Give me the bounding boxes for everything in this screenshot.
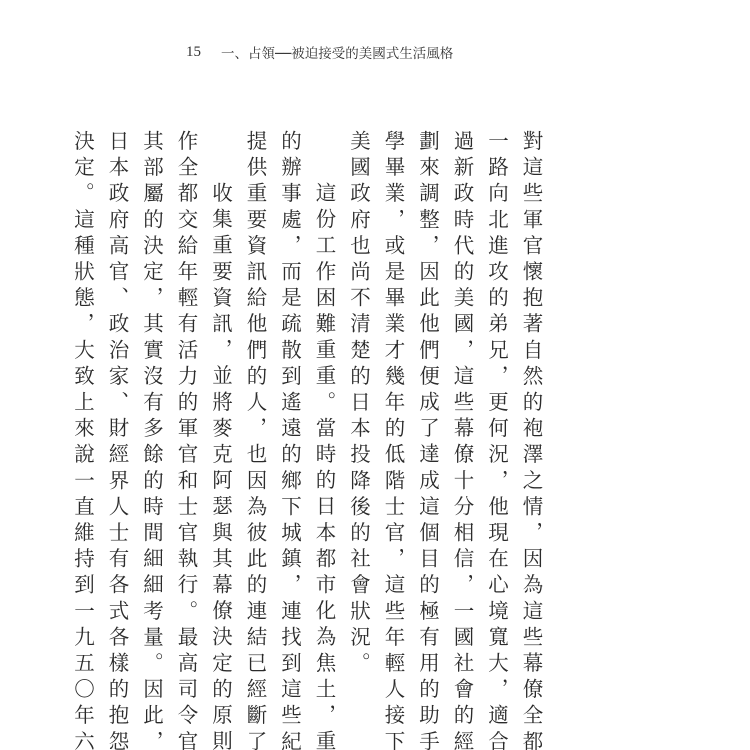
running-header: 15 一、占領──被迫接受的美國式生活風格 (186, 42, 453, 62)
text-column-7-paragraph-start: 這份工作困難重重。當時的日本都市化為焦土，重要的紀錄並未放在它們原本所在 (307, 130, 342, 690)
text-column-9: 提供重要資訊給他們的人，也因為彼此的連結已經斷了，因此更加困難。 (238, 130, 273, 690)
text-column-6: 美國政府也尚不清楚的日本投降後的社會狀況。 (341, 130, 376, 690)
text-column-11: 作全都交給年輕有活力的軍官和士官執行。最高司令官與擔任幕僚的高級將官們，對於 (169, 130, 204, 690)
text-column-5: 學畢業，或是畢業才幾年的低階士官，這些年輕人接下了大量而繁瑣的調查工作，調查 (376, 130, 411, 690)
text-column-1: 對這些軍官懷抱著自然的袍澤之情，因為這些幕僚全都是追隨他的指揮，自菲律賓群島 (514, 130, 549, 690)
text-column-12: 其部屬的決定，其實沒有多餘的時間細細考量。因此，儘管投降之前，曾經氣焰囂張的 (134, 130, 169, 690)
text-column-8: 的辦事處，而是疏散到遙遠的鄉下城鎮，連找到這些紀錄都並非易事，而要找出有能力 (272, 130, 307, 690)
text-column-2: 一路向北進攻的弟兄，更何況，他現在心境寬大，適合規劃新的設計圖來改造日本。經 (479, 130, 514, 690)
page-number: 15 (186, 44, 201, 61)
text-column-14: 決定。這種狀態，大致上來說一直維持到一九五〇年六月韓戰爆發之前。這個事件，為 (65, 130, 100, 690)
chapter-title: 一、占領──被迫接受的美國式生活風格 (221, 42, 453, 62)
vertical-body-text: 對這些軍官懷抱著自然的袍澤之情，因為這些幕僚全都是追隨他的指揮，自菲律賓群島 一… (65, 130, 548, 690)
text-column-3: 過新政時代的美國，這些幕僚十分相信，一國社會的經濟與生活形態，都必須由政府規 (445, 130, 480, 690)
book-page: 15 一、占領──被迫接受的美國式生活風格 對這些軍官懷抱著自然的袍澤之情，因為… (0, 0, 750, 750)
text-column-10-paragraph-start: 收集重要資訊，並將麥克阿瑟與其幕僚決定的原則套用於具體的例子上，這兩件工 (203, 130, 238, 690)
text-column-13: 日本政府高官、政治家、財經界人士有各式各樣的抱怨批評，但是他們還是支持下屬的 (100, 130, 135, 690)
text-column-4: 劃來調整，因此他們便成了達成這個目的極有用的助手。這些幕僚的下面，還有剛從大 (410, 130, 445, 690)
